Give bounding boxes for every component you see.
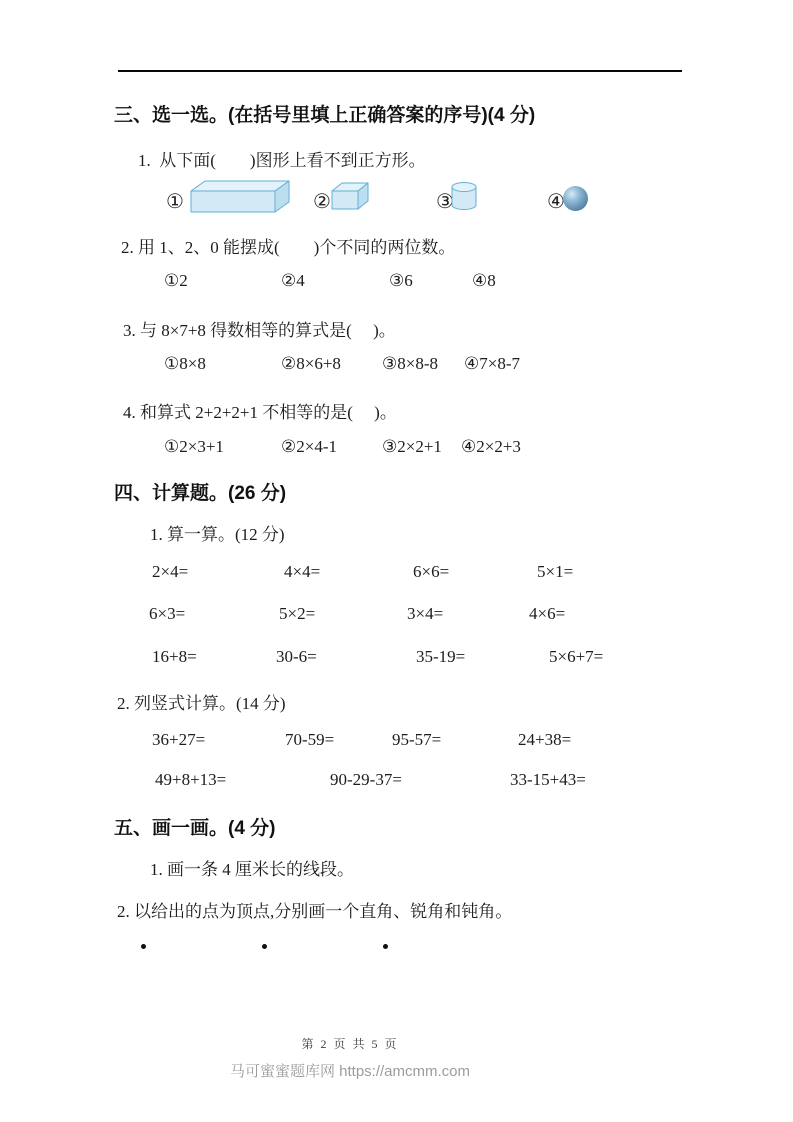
shape-label-1: ① <box>166 191 184 211</box>
vertex-dot-2 <box>262 944 267 949</box>
section3-heading: 三、选一选。(在括号里填上正确答案的序号)(4 分) <box>114 100 535 127</box>
calc-cell: 4×6= <box>529 604 565 624</box>
q2-option-4: ④8 <box>472 271 496 291</box>
section3-q2-text: 2. 用 1、2、0 能摆成( )个不同的两位数。 <box>121 233 455 258</box>
q4-option-2: ②2×4-1 <box>281 437 337 457</box>
q3-option-1: ①8×8 <box>164 354 206 374</box>
section4-sub2: 2. 列竖式计算。(14 分) <box>117 689 286 714</box>
calc-cell: 35-19= <box>416 647 465 667</box>
calc-cell: 30-6= <box>276 647 317 667</box>
q3-option-2: ②8×6+8 <box>281 354 341 374</box>
shape-label-2: ② <box>313 191 331 211</box>
section3-q1-text: 1. 从下面( )图形上看不到正方形。 <box>138 146 426 171</box>
q4-option-4: ④2×2+3 <box>461 437 521 457</box>
calc-cell: 49+8+13= <box>155 770 226 790</box>
calc-cell: 16+8= <box>152 647 197 667</box>
page-indicator: 第 2 页 共 5 页 <box>0 1035 700 1052</box>
calc-cell: 5×6+7= <box>549 647 603 667</box>
sphere-shape <box>562 185 589 212</box>
top-divider <box>118 70 682 72</box>
section3-q3-text: 3. 与 8×7+8 得数相等的算式是( )。 <box>123 316 396 341</box>
calc-cell: 95-57= <box>392 730 441 750</box>
q2-option-3: ③6 <box>389 271 413 291</box>
calc-cell: 2×4= <box>152 562 188 582</box>
calc-cell: 3×4= <box>407 604 443 624</box>
section3-q4-text: 4. 和算式 2+2+2+1 不相等的是( )。 <box>123 398 397 423</box>
worksheet-page: 三、选一选。(在括号里填上正确答案的序号)(4 分) 1. 从下面( )图形上看… <box>0 0 793 1122</box>
calc-cell: 6×6= <box>413 562 449 582</box>
calc-cell: 5×2= <box>279 604 315 624</box>
section5-heading: 五、画一画。(4 分) <box>114 813 276 840</box>
section4-heading: 四、计算题。(26 分) <box>114 478 286 505</box>
cylinder-shape <box>451 181 477 211</box>
section5-q1-text: 1. 画一条 4 厘米长的线段。 <box>150 855 354 880</box>
section5-q2-text: 2. 以给出的点为顶点,分别画一个直角、锐角和钝角。 <box>117 897 512 922</box>
calc-cell: 24+38= <box>518 730 571 750</box>
q3-option-3: ③8×8-8 <box>382 354 438 374</box>
calc-cell: 36+27= <box>152 730 205 750</box>
vertex-dot-3 <box>383 944 388 949</box>
q2-option-1: ①2 <box>164 271 188 291</box>
calc-cell: 5×1= <box>537 562 573 582</box>
q2-option-2: ②4 <box>281 271 305 291</box>
vertex-dot-1 <box>141 944 146 949</box>
q3-option-4: ④7×8-7 <box>464 354 520 374</box>
q4-option-1: ①2×3+1 <box>164 437 224 457</box>
calc-cell: 4×4= <box>284 562 320 582</box>
calc-cell: 90-29-37= <box>330 770 402 790</box>
footer-site-link: 马可蜜蜜题库网 https://amcmm.com <box>0 1060 700 1081</box>
cuboid-shape <box>190 180 290 213</box>
calc-cell: 6×3= <box>149 604 185 624</box>
section4-sub1: 1. 算一算。(12 分) <box>150 520 285 545</box>
calc-cell: 33-15+43= <box>510 770 586 790</box>
q4-option-3: ③2×2+1 <box>382 437 442 457</box>
cube-shape <box>331 182 369 210</box>
calc-cell: 70-59= <box>285 730 334 750</box>
